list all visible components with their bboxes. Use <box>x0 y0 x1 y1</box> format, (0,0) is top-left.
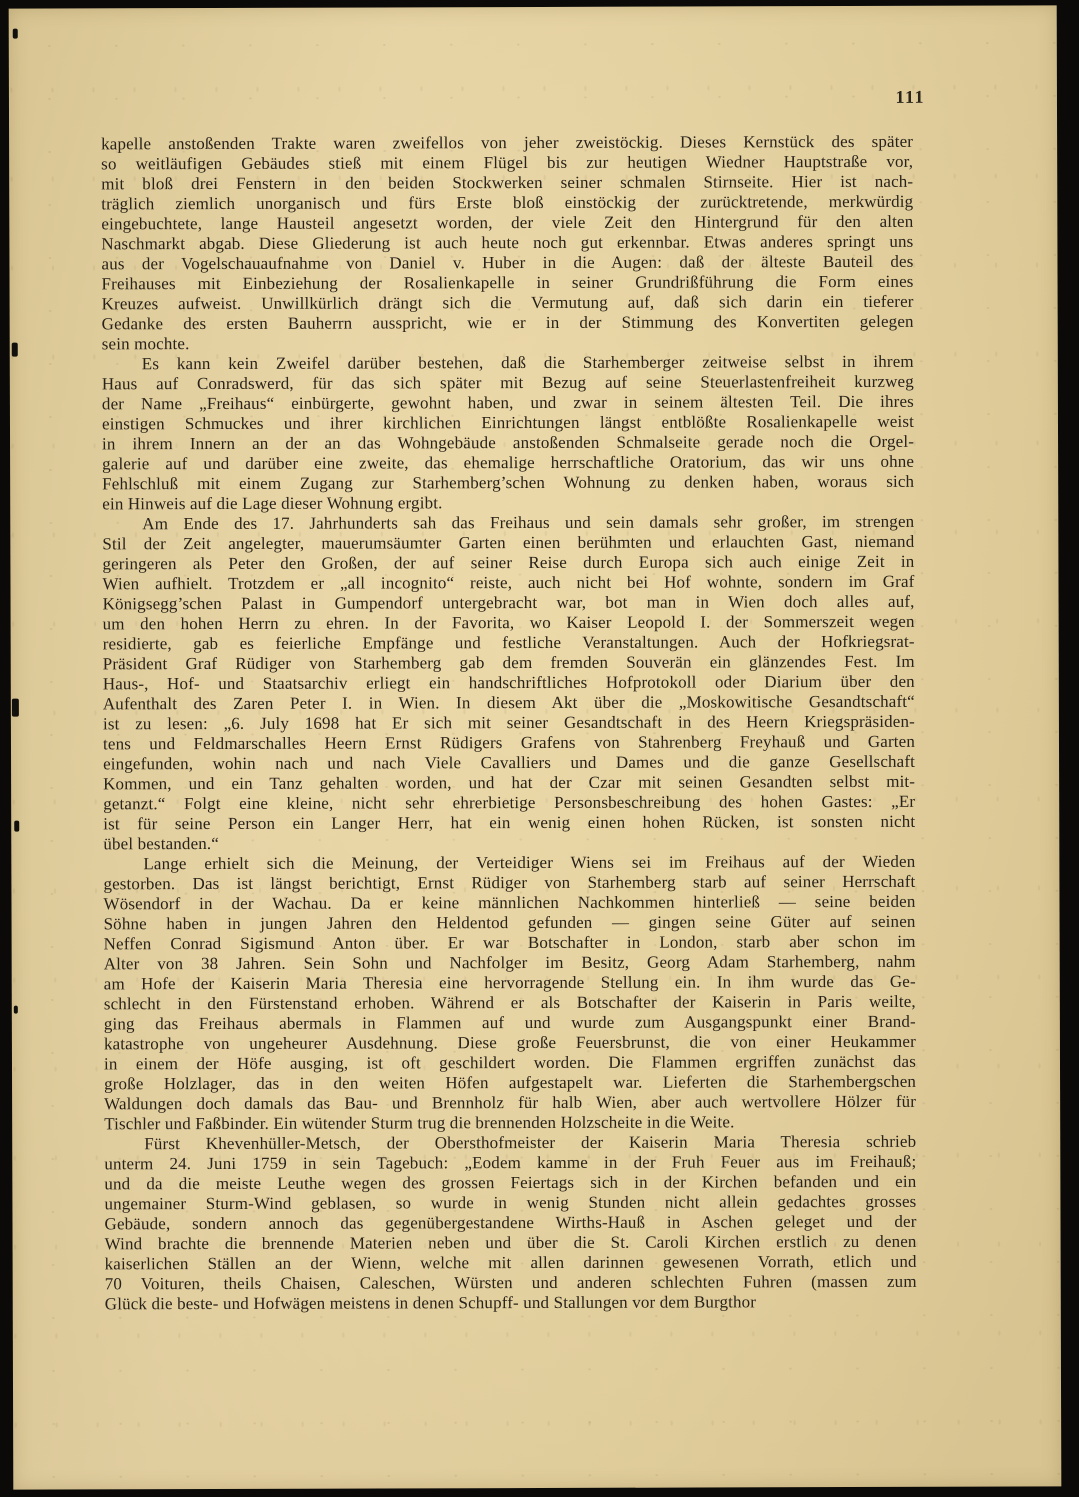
text-line: am Hofe der Kaiserin Maria Theresia eine… <box>104 972 916 995</box>
text-line: und da die meiste Leuthe wegen des gross… <box>104 1172 916 1195</box>
text-line: tens und Feldmarschalles Heern Ernst Rüd… <box>103 732 915 755</box>
paragraph: Lange erhielt sich die Meinung, der Vert… <box>103 852 916 1135</box>
scan-speck <box>14 821 19 832</box>
paragraph: Es kann kein Zweifel darüber bestehen, d… <box>102 352 914 515</box>
text-line: kapelle anstoßenden Trakte waren zweifel… <box>101 132 913 155</box>
text-line: Kreuzes aufweist. Unwillkürlich drängt s… <box>102 292 914 315</box>
text-line: ein Hinweis auf die Lage dieser Wohnung … <box>102 492 914 515</box>
text-line: Alter von 38 Jahren. Sein Sohn und Nachf… <box>104 952 916 975</box>
scan-speck <box>13 29 18 39</box>
text-line: in einem der Höfe ausging, ist oft gesch… <box>104 1052 916 1075</box>
paragraph: kapelle anstoßenden Trakte waren zweifel… <box>101 132 914 355</box>
paragraph: Am Ende des 17. Jahrhunderts sah das Fre… <box>102 512 915 855</box>
text-line: Gedanke des ersten Bauherrn ausspricht, … <box>102 312 914 335</box>
text-line: Königsegg’schen Palast in Gumpendorf unt… <box>103 592 915 615</box>
text-line: so weitläufigen Gebäudes stieß mit einem… <box>101 152 913 175</box>
text-line: Wind brachte die brennende Materien nebe… <box>105 1232 917 1255</box>
text-line: einstigen Schmuckes und ihrer kirchliche… <box>102 412 914 435</box>
text-line: getanzt.“ Folgt eine kleine, nicht sehr … <box>103 792 915 815</box>
text-line: katastrophe von ungeheurer Ausdehnung. D… <box>104 1032 916 1055</box>
text-line: unterm 24. Juni 1759 in sein Tagebuch: „… <box>104 1152 916 1175</box>
text-line: übel bestanden.“ <box>103 832 915 855</box>
text-line: Freihauses mit Einbeziehung der Rosalien… <box>102 272 914 295</box>
page-body-text: kapelle anstoßenden Trakte waren zweifel… <box>101 132 917 1315</box>
text-line: geringeren als Peter den Großen, der auf… <box>102 552 914 575</box>
text-line: Haus auf Conradswerd, für das sich späte… <box>102 372 914 395</box>
book-page: 111 kapelle anstoßenden Trakte waren zwe… <box>9 5 1062 1489</box>
text-line: schlecht in den Fürstenstand erhoben. Wä… <box>104 992 916 1015</box>
text-line: ging das Freihaus abermals in Flammen au… <box>104 1012 916 1035</box>
text-line: Glück die beste- und Hofwägen meistens i… <box>105 1292 917 1315</box>
text-line: Aufenthalt des Zaren Peter I. in Wien. I… <box>103 692 915 715</box>
text-line: Kommen, und ein Tanz gehalten worden, un… <box>103 772 915 795</box>
text-line: eingebuchtete, lange Hausteil angesetzt … <box>101 212 913 235</box>
text-line: Es kann kein Zweifel darüber bestehen, d… <box>102 352 914 375</box>
text-line: träglich ziemlich unorganisch und fürs E… <box>101 192 913 215</box>
scan-speck <box>12 699 19 717</box>
text-line: Wösendorf in der Wachau. Da er keine män… <box>103 892 915 915</box>
text-line: Am Ende des 17. Jahrhunderts sah das Fre… <box>102 512 914 535</box>
text-line: in ihrem Innern an der an das Wohngebäud… <box>102 432 914 455</box>
text-line: Fehlschluß mit einem Zugang zur Starhemb… <box>102 472 914 495</box>
text-line: aus der Vogelschauaufnahme von Daniel v.… <box>101 252 913 275</box>
scan-speck <box>12 343 18 357</box>
text-line: Fürst Khevenhüller-Metsch, der Obersthof… <box>104 1132 916 1155</box>
text-line: Lange erhielt sich die Meinung, der Vert… <box>103 852 915 875</box>
text-line: große Holzlager, das in den weiten Höfen… <box>104 1072 916 1095</box>
text-line: kaiserlichen Ställen an der Wienn, welch… <box>105 1252 917 1275</box>
text-line: Neffen Conrad Sigismund Anton über. Er w… <box>104 932 916 955</box>
text-line: ungemainer Sturm-Wind geblasen, so wurde… <box>104 1192 916 1215</box>
paragraph: Fürst Khevenhüller-Metsch, der Obersthof… <box>104 1132 917 1315</box>
text-line: Haus-, Hof- und Staatsarchiv erliegt ein… <box>103 672 915 695</box>
text-line: gestorben. Das ist längst berichtigt, Er… <box>103 872 915 895</box>
text-line: mit bloß drei Fenstern in den beiden Sto… <box>101 172 913 195</box>
text-line: 70 Voituren, theils Chaisen, Caleschen, … <box>105 1272 917 1295</box>
text-line: der Name „Freihaus“ einbürgerte, gewohnt… <box>102 392 914 415</box>
text-line: ist zu lesen: „6. July 1698 hat Er sich … <box>103 712 915 735</box>
text-line: galerie auf und darüber eine zweite, das… <box>102 452 914 475</box>
text-line: Präsident Graf Rüdiger von Starhemberg g… <box>103 652 915 675</box>
text-line: Söhne haben in jungen Jahren den Heldent… <box>104 912 916 935</box>
text-line: Wien aufhielt. Trotzdem er „all incognit… <box>102 572 914 595</box>
text-line: Gebäude, sondern annoch das gegenüberges… <box>104 1212 916 1235</box>
text-line: ist für seine Person ein Langer Herr, ha… <box>103 812 915 835</box>
scan-background: 111 kapelle anstoßenden Trakte waren zwe… <box>0 0 1079 1497</box>
text-line: Waldungen doch damals das Bau- und Brenn… <box>104 1092 916 1115</box>
text-line: residierte, gab es feierliche Empfänge u… <box>103 632 915 655</box>
text-line: sein mochte. <box>102 332 914 355</box>
scan-speck <box>14 1006 18 1014</box>
text-line: eingefunden, wohin nach und nach Viele C… <box>103 752 915 775</box>
page-number: 111 <box>879 87 925 108</box>
text-line: Naschmarkt abgab. Diese Gliederung ist a… <box>101 232 913 255</box>
text-line: Tischler und Faßbinder. Ein wütender Stu… <box>104 1112 916 1135</box>
text-line: Stil der Zeit angelegter, mauerumsäumter… <box>102 532 914 555</box>
text-line: um den hohen Herrn zu ehren. In der Favo… <box>103 612 915 635</box>
